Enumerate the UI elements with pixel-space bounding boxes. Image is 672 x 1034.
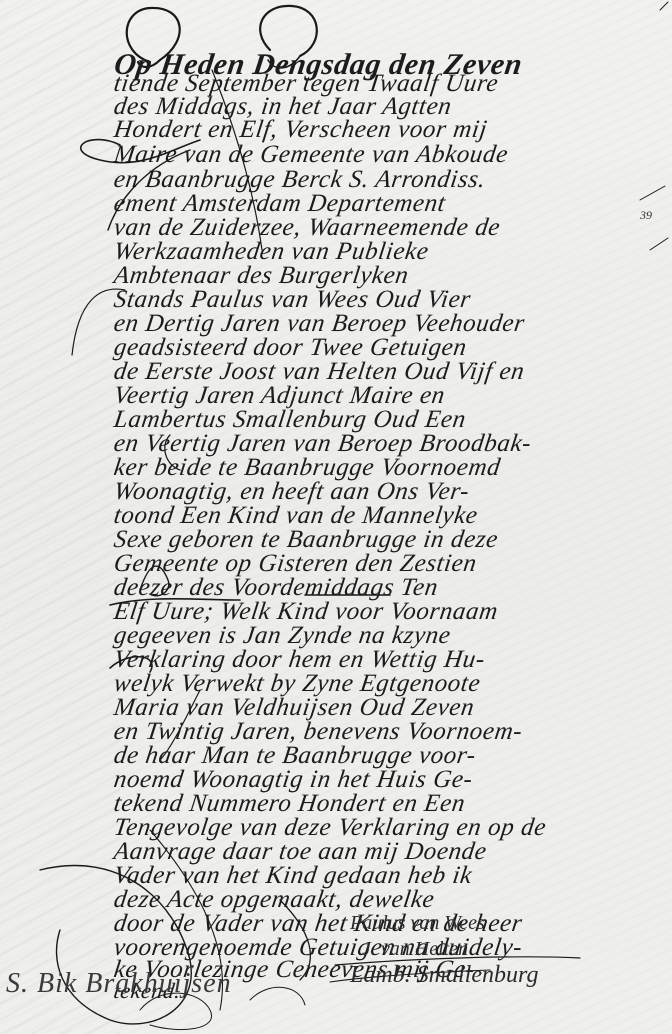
margin-folio-number: 39: [640, 208, 652, 223]
record-line-5: Maire van de Gemeente van Abkoude: [112, 141, 510, 169]
signature-witness-1: J. van Helten: [362, 938, 468, 961]
signature-witness-2: Lamb. Smallenburg: [350, 962, 538, 989]
signature-father: Paulus van Wees: [350, 912, 485, 935]
bleed-through-texture: [0, 0, 120, 1034]
record-line-4: Hondert en Elf, Verscheen voor mij: [112, 116, 489, 144]
signature-official: S. Bik Brakhuijsen: [6, 968, 232, 1000]
